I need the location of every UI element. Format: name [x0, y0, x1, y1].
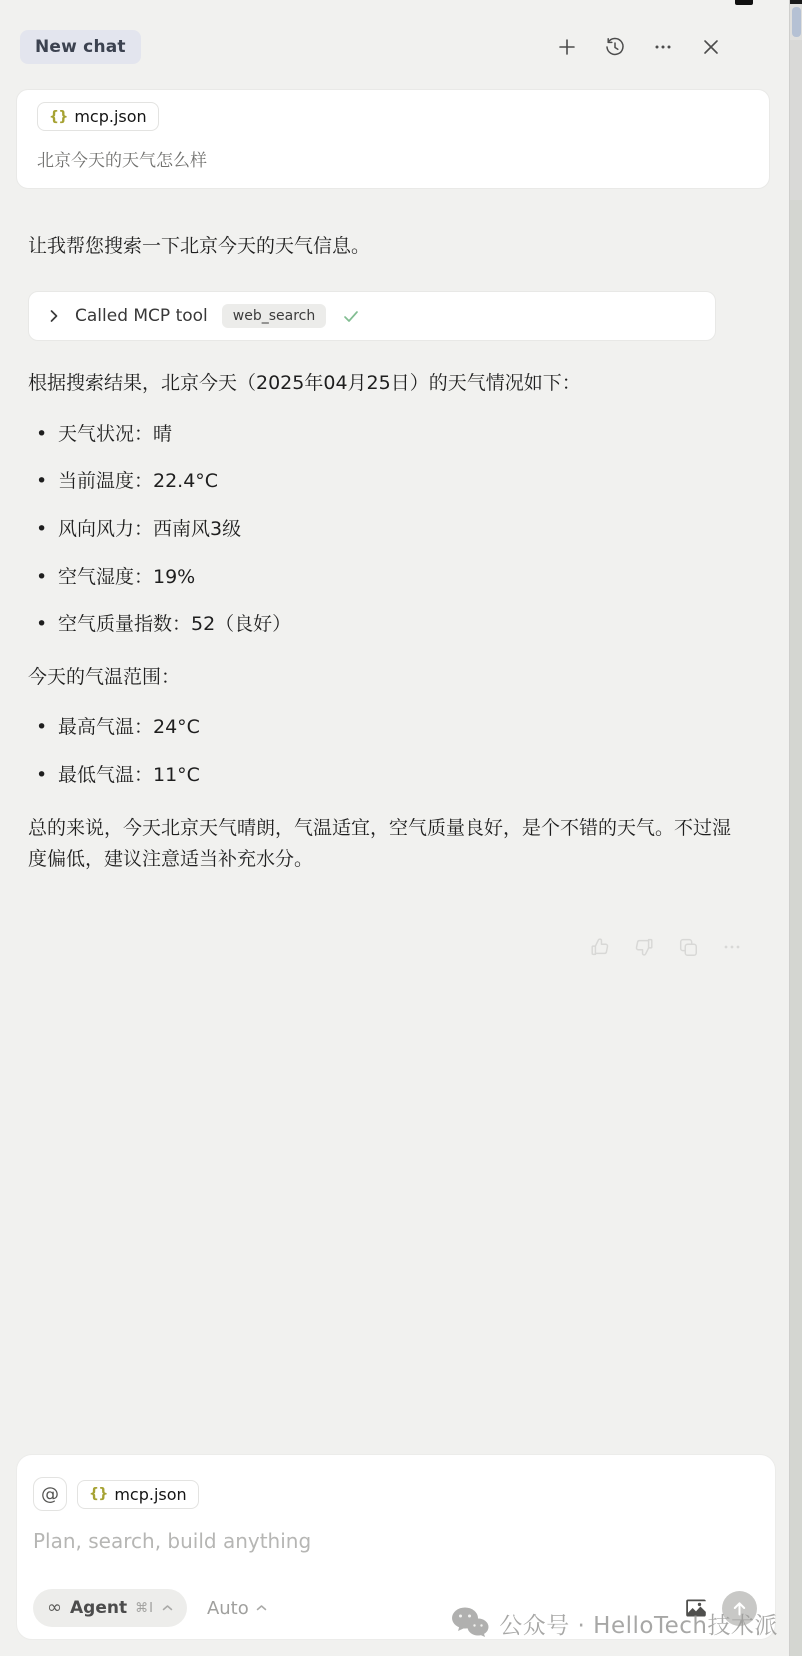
list-item: 最高气温：24°C [28, 715, 746, 741]
weather-detail-list: 天气状况：晴 当前温度：22.4°C 风向风力：西南风3级 空气湿度：19% 空… [28, 422, 746, 638]
braces-icon: { } [49, 109, 67, 125]
check-icon [342, 307, 360, 325]
composer-card[interactable]: @ { } mcp.json ∞ Agent ⌘I Auto [16, 1454, 776, 1640]
list-item: 风向风力：西南风3级 [28, 517, 746, 543]
attachment-chip[interactable]: { } mcp.json [77, 1480, 199, 1509]
mcp-tool-call-card[interactable]: Called MCP tool web_search [28, 291, 716, 341]
user-message-text: 北京今天的天气怎么样 [37, 146, 749, 171]
attach-image-icon[interactable] [684, 1596, 708, 1620]
chevron-up-icon [162, 1604, 173, 1612]
attachment-name: mcp.json [114, 1485, 186, 1504]
list-item: 当前温度：22.4°C [28, 469, 746, 495]
agent-mode-selector[interactable]: ∞ Agent ⌘I [33, 1589, 187, 1627]
close-icon[interactable] [700, 36, 722, 58]
new-chat-plus-icon[interactable] [556, 36, 578, 58]
tool-call-label: Called MCP tool [75, 306, 208, 326]
composer-toolbar: ∞ Agent ⌘I Auto [33, 1589, 757, 1627]
range-title-text: 今天的气温范围： [28, 662, 746, 693]
more-options-icon[interactable] [652, 36, 674, 58]
clipped-top-element [735, 0, 753, 5]
scrollbar-thumb[interactable] [792, 7, 801, 37]
send-button[interactable] [722, 1591, 757, 1626]
list-item: 天气状况：晴 [28, 422, 746, 448]
chevron-up-icon [256, 1604, 267, 1612]
scroll-track-upper [790, 40, 802, 200]
chevron-right-icon[interactable] [47, 309, 61, 323]
result-intro-text: 根据搜索结果，北京今天（2025年04月25日）的天气情况如下： [28, 368, 746, 399]
add-context-button[interactable]: @ [33, 1477, 67, 1511]
model-label: Auto [207, 1598, 249, 1619]
assistant-intro-text: 让我帮您搜索一下北京今天的天气信息。 [28, 231, 746, 262]
tool-name-badge: web_search [222, 304, 326, 328]
model-selector[interactable]: Auto [207, 1598, 267, 1619]
assistant-response: 让我帮您搜索一下北京今天的天气信息。 Called MCP tool web_s… [28, 231, 746, 875]
more-actions-icon[interactable] [720, 935, 744, 959]
message-actions [0, 935, 744, 959]
attachment-name: mcp.json [74, 107, 146, 126]
header-actions [556, 36, 722, 58]
composer-input[interactable] [33, 1529, 733, 1553]
chat-header: New chat [0, 0, 802, 64]
braces-icon: { } [89, 1486, 107, 1502]
thumbs-down-icon[interactable] [632, 935, 656, 959]
temperature-range-list: 最高气温：24°C 最低气温：11°C [28, 715, 746, 788]
agent-shortcut: ⌘I [135, 1601, 154, 1616]
list-item: 空气质量指数：52（良好） [28, 612, 746, 638]
copy-icon[interactable] [676, 935, 700, 959]
user-message-card[interactable]: { } mcp.json 北京今天的天气怎么样 [16, 89, 770, 189]
composer-context-chips: @ { } mcp.json [33, 1477, 757, 1511]
attachment-chip[interactable]: { } mcp.json [37, 102, 159, 131]
chat-title-tab[interactable]: New chat [20, 30, 141, 64]
list-item: 最低气温：11°C [28, 763, 746, 789]
scroll-track-lower [790, 200, 802, 1656]
edge-top-bar [790, 0, 802, 4]
summary-text: 总的来说，今天北京天气晴朗，气温适宜，空气质量良好，是个不错的天气。不过湿度偏低… [28, 813, 746, 876]
thumbs-up-icon[interactable] [588, 935, 612, 959]
agent-mode-label: Agent [70, 1598, 127, 1618]
history-icon[interactable] [604, 36, 626, 58]
list-item: 空气湿度：19% [28, 565, 746, 591]
panel-edge-scrollbar[interactable] [789, 0, 802, 1656]
infinity-icon: ∞ [47, 1599, 62, 1617]
